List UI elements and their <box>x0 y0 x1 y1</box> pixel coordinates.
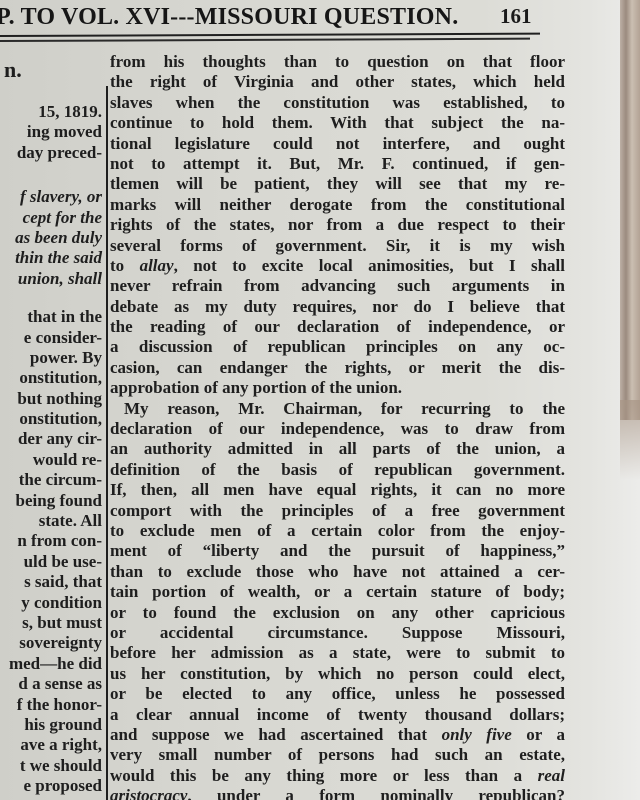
left-body-text: that in thee consider-power. Byonstituti… <box>0 307 104 796</box>
article-line: slaves when the constitution was establi… <box>110 93 565 113</box>
left-body-line: y condition <box>0 593 104 613</box>
article-line: several forms of government. Sir, it is … <box>110 236 565 256</box>
left-body-line: s said, that <box>0 572 104 592</box>
page-number: 161 <box>500 4 532 29</box>
left-body-line: e proposed <box>0 776 104 796</box>
article-italic-text: allay <box>140 256 174 275</box>
page-binding-shadow <box>620 400 640 480</box>
left-body-line: t we should <box>0 756 104 776</box>
article-line: an authority admitted in all parts of th… <box>110 439 565 459</box>
article-line: than to exclude those who have not attai… <box>110 562 565 582</box>
article-line: If, then, all men have equal rights, it … <box>110 480 565 500</box>
article-text: or a <box>512 725 565 744</box>
article-line: casion, can endanger the rights, or meri… <box>110 358 565 378</box>
article-line: aristocracy, under a form nominally repu… <box>110 786 565 800</box>
article-italic-text: aristocracy <box>110 786 187 800</box>
article-line: or accidental circumstance. Suppose Miss… <box>110 623 565 643</box>
left-body-line: would re- <box>0 450 104 470</box>
left-body-line: n from con- <box>0 531 104 551</box>
article-line: definition of the basis of republican go… <box>110 460 565 480</box>
article-line: to exclude men of a certain color from t… <box>110 521 565 541</box>
left-body-line: ave a right, <box>0 735 104 755</box>
article-line: from his thoughts than to question on th… <box>110 52 565 72</box>
article-line: and suppose we had ascertained that only… <box>110 725 565 745</box>
article-line: would this be any thing more or less tha… <box>110 766 565 786</box>
left-body-line: onstitution, <box>0 368 104 388</box>
article-text: would this be any thing more or less tha… <box>110 766 538 785</box>
article-line: approbation of any portion of the union. <box>110 378 565 398</box>
article-line: My reason, Mr. Chairman, for recurring t… <box>110 399 565 419</box>
article-line: a discussion of republican principles on… <box>110 337 565 357</box>
article-text: and suppose we had ascertained that <box>110 725 442 744</box>
article-italic-text: real <box>538 766 565 785</box>
left-body-line: med—he did <box>0 654 104 674</box>
article-line: declaration of our independence, was to … <box>110 419 565 439</box>
page-binding-edge <box>620 0 640 420</box>
article-italic-text: only five <box>442 725 512 744</box>
left-body-line: the circum- <box>0 470 104 490</box>
left-body-line: being found <box>0 491 104 511</box>
left-body-line: uld be use- <box>0 552 104 572</box>
article-line: or be elected to any office, unless he p… <box>110 684 565 704</box>
article-line: tlemen will be patient, they will see th… <box>110 174 565 194</box>
article-line: the right of Virginia and other states, … <box>110 72 565 92</box>
left-body-line: power. By <box>0 348 104 368</box>
column-divider <box>106 86 108 800</box>
article-line: not to attempt it. But, Mr. F. continued… <box>110 154 565 174</box>
article-line: debate as my duty requires, nor do I bel… <box>110 297 565 317</box>
article-line: very small number of persons had such an… <box>110 745 565 765</box>
newspaper-page: P. TO VOL. XVI---MISSOURI QUESTION. 161 … <box>0 0 640 800</box>
article-line: us her constitution, by which no person … <box>110 664 565 684</box>
left-body-line: onstitution, <box>0 409 104 429</box>
article-line: before her admission as a state, were to… <box>110 643 565 663</box>
article-line: comport with the principles of a free go… <box>110 501 565 521</box>
article-line: a clear annual income of twenty thousand… <box>110 705 565 725</box>
running-title: P. TO VOL. XVI---MISSOURI QUESTION. <box>0 4 458 31</box>
left-column: n. 15, 1819. ing moved day preced- f sla… <box>0 48 104 800</box>
article-line: tional legislature could not interfere, … <box>110 134 565 154</box>
article-text: to <box>110 256 140 275</box>
article-line: continue to hold them. With that subject… <box>110 113 565 133</box>
article-line: ment of “liberty and the pursuit of happ… <box>110 541 565 561</box>
left-body-line: state. All <box>0 511 104 531</box>
article-line: to allay, not to excite local animositie… <box>110 256 565 276</box>
running-header: P. TO VOL. XVI---MISSOURI QUESTION. 161 <box>0 2 640 34</box>
left-italic-line: as been duly <box>0 228 104 248</box>
article-text: , not to excite local animosities, but I… <box>174 256 565 275</box>
left-italic-line: thin the said <box>0 248 104 268</box>
left-body-line: s, but must <box>0 613 104 633</box>
left-column-heading: n. <box>0 48 104 92</box>
left-italic-line: union, shall <box>0 269 104 289</box>
left-date-line: ing moved <box>0 122 104 142</box>
left-date-line: day preced- <box>0 143 104 163</box>
left-body-line: e consider- <box>0 328 104 348</box>
article-line: the reading of our declaration of indepe… <box>110 317 565 337</box>
left-italic-line: cept for the <box>0 208 104 228</box>
header-rule-thin <box>0 38 530 42</box>
article-line: tain portion of wealth, or a certain sta… <box>110 582 565 602</box>
left-body-line: d a sense as <box>0 674 104 694</box>
left-body-line: but nothing <box>0 389 104 409</box>
left-body-line: that in the <box>0 307 104 327</box>
left-body-line: his ground <box>0 715 104 735</box>
right-column: from his thoughts than to question on th… <box>110 52 565 800</box>
article-line: never refrain from advancing such argume… <box>110 276 565 296</box>
article-line: or to found the exclusion on any other c… <box>110 603 565 623</box>
left-date-line: 15, 1819. <box>0 102 104 122</box>
left-body-line: der any cir- <box>0 429 104 449</box>
article-text: , under a form nominally republican? <box>187 786 565 800</box>
left-body-line: f the honor- <box>0 695 104 715</box>
article-line: marks will neither derogate from the con… <box>110 195 565 215</box>
left-body-line: sovereignty <box>0 633 104 653</box>
article-line: rights of the states, nor from a due res… <box>110 215 565 235</box>
left-italic-line: f slavery, or <box>0 187 104 207</box>
